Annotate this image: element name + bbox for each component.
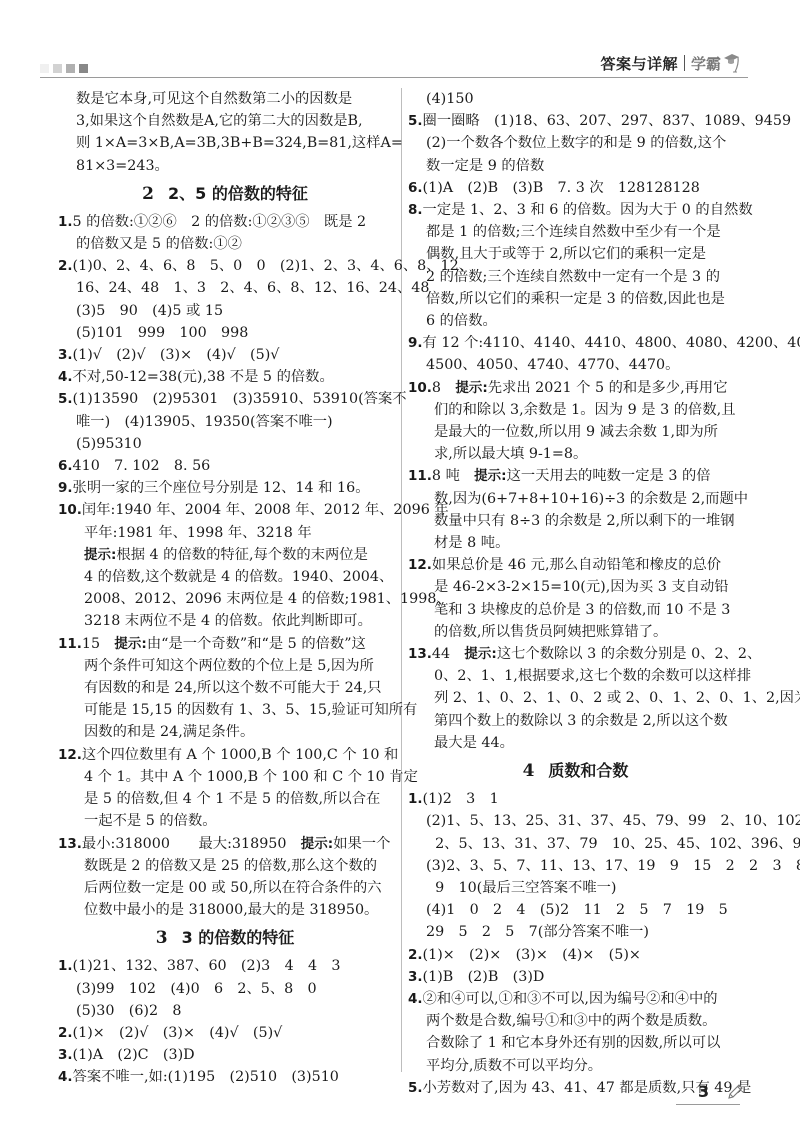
header-brand: 答案与详解 学霸 [600, 52, 740, 74]
hint-text: 第四个数上的数除以 3 的余数是 2,所以这个数 [408, 710, 743, 732]
question-number: 8. [408, 202, 423, 218]
answer-text: 都是 1 的倍数;三个连续自然数中至少有一个是 [408, 221, 743, 243]
question-number: 9. [58, 480, 73, 496]
answer-text: 笔和 3 块橡皮的总价是 3 的倍数,而 10 不是 3 [408, 599, 743, 621]
answer-text: 4 个 1。其中 A 个 1000,B 个 100 和 C 个 10 肯定 [58, 766, 392, 788]
answer-item: 1.(1)2 3 1 (2)1、5、13、25、31、37、45、79、99 2… [408, 788, 743, 943]
answer-text: 一定是 1、2、3 和 6 的倍数。因为大于 0 的自然数 [423, 202, 753, 218]
brand-name: 学霸 [691, 53, 721, 74]
answer-item: 10.闰年:1940 年、2004 年、2008 年、2012 年、2096 年… [58, 499, 392, 632]
question-number: 11. [58, 636, 82, 652]
page-footer: 3 [676, 1082, 754, 1108]
text-line: 则 1×A=3×B,A=3B,3B+B=324,B=81,这样A= [58, 132, 392, 154]
page-number: 3 [698, 1082, 709, 1101]
answer-text: 29 5 2 5 7(部分答案不唯一) [408, 921, 743, 943]
answer-item: 12.如果总价是 46 元,那么自动铅笔和橡皮的总价 是 46-2×3-2×15… [408, 554, 743, 643]
hint-text: 数既是 2 的倍数又是 25 的倍数,那么这个数的 [58, 855, 392, 877]
answer-text: 9 10(最后三空答案不唯一) [408, 877, 743, 899]
answer-text: (1)A (2)B (3)B 7. 3 次 128128128 [423, 180, 700, 196]
book-section-title: 答案与详解 [600, 53, 678, 74]
answer-text: 答案不唯一,如:(1)195 (2)510 (3)510 [73, 1069, 339, 1085]
answer-item: 5.(1)13590 (2)95301 (3)35910、53910(答案不 唯… [58, 388, 392, 455]
question-number: 13. [58, 836, 82, 852]
answer-text: (5)30 (6)2 8 [58, 1000, 392, 1022]
answer-text: (3)99 102 (4)0 6 2、5、8 0 [58, 978, 392, 1000]
answer-text: 偶数,且大于或等于 2,所以它们的乘积一定是 [408, 243, 743, 265]
hint-text: 数量中只有 8÷3 的余数是 2,所以剩下的一堆钢 [408, 510, 743, 532]
answer-item: 8.一定是 1、2、3 和 6 的倍数。因为大于 0 的自然数 都是 1 的倍数… [408, 199, 743, 332]
answer-text: (1)B (2)B (3)D [423, 969, 545, 985]
answer-item: 5.圈一圈略 (1)18、63、207、297、837、1089、9459 (2… [408, 110, 743, 177]
deco-square [53, 64, 62, 73]
graduation-cap-icon [722, 52, 740, 74]
right-column: (4)150 5.圈一圈略 (1)18、63、207、297、837、1089、… [408, 88, 743, 1099]
section-number: 3 [156, 928, 168, 948]
hint-text: 材是 8 吨。 [408, 532, 743, 554]
answer-text: 一起不是 5 的倍数。 [58, 810, 392, 832]
answer-text: 这个四位数里有 A 个 1000,B 个 100,C 个 10 和 [82, 747, 398, 763]
question-number: 2. [58, 258, 73, 274]
answer-item: 13.44 提示:这七个数除以 3 的余数分别是 0、2、2、 0、2、1、1,… [408, 643, 743, 754]
question-number: 12. [408, 557, 432, 573]
hint-text: 数,因为(6+7+8+10+16)÷3 的余数是 2,而题中 [408, 488, 743, 510]
hint-text: 最大是 44。 [408, 732, 743, 754]
question-number: 13. [408, 646, 432, 662]
answer-item: 3.(1)√ (2)√ (3)× (4)√ (5)√ [58, 344, 392, 366]
answer-text: (1)13590 (2)95301 (3)35910、53910(答案不 [73, 391, 407, 407]
answer-text: 张明一家的三个座位号分别是 12、14 和 16。 [73, 480, 370, 496]
answer-value: 15 [82, 636, 100, 652]
answer-text: 唯一) (4)13905、19350(答案不唯一) [58, 411, 392, 433]
question-number: 5. [58, 391, 73, 407]
hint-label: 提示: [464, 646, 496, 662]
answer-text: 6 的倍数。 [408, 310, 743, 332]
text-line: 数是它本身,可见这个自然数第二小的因数是 [58, 88, 392, 110]
section-number: 2 [142, 184, 154, 204]
hint-text: 列 2、1、0、2、1、0、2 或 2、0、1、2、0、1、2,因为排在 [408, 687, 743, 709]
answer-value: 8 吨 [432, 468, 460, 484]
answer-text: 不对,50-12=38(元),38 不是 5 的倍数。 [73, 369, 334, 385]
question-number: 3. [408, 969, 423, 985]
text-line: 3,如果这个自然数是A,它的第二大的因数是B, [58, 110, 392, 132]
answer-item: 12.这个四位数里有 A 个 1000,B 个 100,C 个 10 和 4 个… [58, 744, 392, 833]
question-number: 6. [408, 180, 423, 196]
question-number: 9. [408, 335, 423, 351]
question-number: 4. [58, 369, 73, 385]
section-heading-4: 4质数和合数 [408, 754, 743, 788]
deco-square [79, 64, 88, 73]
question-number: 4. [408, 991, 423, 1007]
hint-text: 根据 4 的倍数的特征,每个数的末两位是 [116, 547, 367, 563]
text-line: 81×3=243。 [58, 155, 392, 177]
answer-text: 是 5 的倍数,但 4 个 1 不是 5 的倍数,所以合在 [58, 788, 392, 810]
question-number: 2. [408, 947, 423, 963]
hint-text: 们的和除以 3,余数是 1。因为 9 是 3 的倍数,且 [408, 399, 743, 421]
section-title: 2、5 的倍数的特征 [168, 184, 308, 203]
section-heading-2: 22、5 的倍数的特征 [58, 177, 392, 211]
answer-text: 410 7. 102 8. 56 [73, 458, 211, 474]
answer-text: (5)95310 [58, 433, 392, 455]
hint-label: 提示: [84, 547, 116, 563]
column-divider [401, 88, 402, 1072]
header-decoration [40, 64, 88, 73]
answer-item: 1.(1)21、132、387、60 (2)3 4 4 3 (3)99 102 … [58, 955, 392, 1022]
answer-text: 是 46-2×3-2×15=10(元),因为买 3 支自动铅 [408, 576, 743, 598]
hint-text: 这一天用去的吨数一定是 3 的倍 [507, 468, 711, 484]
hint-text: 0、2、1、1,根据要求,这七个数的余数可以这样排 [408, 665, 743, 687]
answer-text: 平均分,质数不可以平均分。 [408, 1055, 743, 1077]
answer-item: 4.不对,50-12=38(元),38 不是 5 的倍数。 [58, 366, 392, 388]
hint-text: 求,所以最大填 9-1=8。 [408, 443, 743, 465]
hint-label: 提示: [114, 636, 146, 652]
answer-text: (1)√ (2)√ (3)× (4)√ (5)√ [73, 347, 280, 363]
answer-text: 2 的倍数;三个连续自然数中一定有一个是 3 的 [408, 266, 743, 288]
hint-text: 如果一个 [333, 836, 390, 852]
question-number: 3. [58, 347, 73, 363]
answer-item: 13.最小:318000 最大:318950 提示:如果一个 数既是 2 的倍数… [58, 833, 392, 922]
question-number: 2. [58, 1025, 73, 1041]
answer-text: (5)101 999 100 998 [58, 322, 392, 344]
answer-item: 6.410 7. 102 8. 56 [58, 455, 392, 477]
answer-item: 2.(1)× (2)× (3)× (4)× (5)× [408, 944, 743, 966]
answer-text: (2)一个数各个数位上数字的和是 9 的倍数,这个 [408, 132, 743, 154]
section-number: 4 [523, 761, 535, 781]
answer-text: 倍数,所以它们的乘积一定是 3 的倍数,因此也是 [408, 288, 743, 310]
hint-text: 因数的和是 24,满足条件。 [58, 721, 392, 743]
section-heading-3: 33 的倍数的特征 [58, 921, 392, 955]
hint-text: 4 的倍数,这个数就是 4 的倍数。1940、2004、 [58, 566, 392, 588]
answer-text: (2)1、5、13、25、31、37、45、79、99 2、10、102、396 [408, 810, 743, 832]
hint-text: 两个条件可知这个两位数的个位上是 5,因为所 [58, 655, 392, 677]
answer-text: (4)150 [408, 88, 743, 110]
answer-item: 11.15 提示:由“是一个奇数”和“是 5 的倍数”这 两个条件可知这个两位数… [58, 633, 392, 744]
deco-square [40, 64, 49, 73]
question-number: 1. [58, 214, 73, 230]
answer-item: 2.(1)0、2、4、6、8 5、0 0 (2)1、2、3、4、6、8、12、 … [58, 255, 392, 344]
answer-text: (1)A (2)C (3)D [73, 1047, 195, 1063]
hint-text: 是最大的一位数,所以用 9 减去余数 1,即为所 [408, 421, 743, 443]
hint-text: 由“是一个奇数”和“是 5 的倍数”这 [147, 636, 366, 652]
header-rule [40, 77, 748, 78]
question-number: 1. [408, 791, 423, 807]
answer-text: (1)2 3 1 [423, 791, 499, 807]
intro-continuation: 数是它本身,可见这个自然数第二小的因数是 3,如果这个自然数是A,它的第二大的因… [58, 88, 392, 177]
answer-item: 11.8 吨 提示:这一天用去的吨数一定是 3 的倍 数,因为(6+7+8+10… [408, 465, 743, 554]
question-number: 5. [408, 1080, 423, 1096]
hint-text: 2008、2012、2096 末两位是 4 的倍数;1981、1998、 [58, 588, 392, 610]
answer-value: 8 [432, 380, 441, 396]
hint-label: 提示: [455, 380, 487, 396]
answer-item: 9.张明一家的三个座位号分别是 12、14 和 16。 [58, 477, 392, 499]
answer-text: 2、5、13、31、37、79 10、25、45、102、396、99 [408, 833, 743, 855]
answer-text: 的倍数又是 5 的倍数:①② [58, 233, 392, 255]
answer-text: 圈一圈略 (1)18、63、207、297、837、1089、9459 [423, 113, 792, 129]
answer-text: 4500、4050、4740、4770、4470。 [408, 354, 743, 376]
hint-label: 提示: [301, 836, 333, 852]
answer-text: (3)5 90 (4)5 或 15 [58, 300, 392, 322]
question-number: 3. [58, 1047, 73, 1063]
hint-text: 这七个数除以 3 的余数分别是 0、2、2、 [497, 646, 761, 662]
answer-text: 平年:1981 年、1998 年、3218 年 [58, 522, 392, 544]
hint-text: 后两位数一定是 00 或 50,所以在符合条件的六 [58, 877, 392, 899]
section-title: 3 的倍数的特征 [182, 928, 295, 947]
brand-separator [684, 55, 685, 71]
answer-text: ②和④可以,①和③不可以,因为编号②和④中的 [423, 991, 718, 1007]
answer-text: (3)2、3、5、7、11、13、17、19 9 15 2 2 3 8 [408, 855, 743, 877]
answer-item: 4.答案不唯一,如:(1)195 (2)510 (3)510 [58, 1066, 392, 1088]
question-number: 10. [408, 380, 432, 396]
left-column: 数是它本身,可见这个自然数第二小的因数是 3,如果这个自然数是A,它的第二大的因… [58, 88, 392, 1089]
answer-value: 最小:318000 最大:318950 [82, 836, 287, 852]
answer-text: 有 12 个:4110、4140、4410、4800、4080、4200、402… [423, 335, 800, 351]
deco-square [66, 64, 75, 73]
answer-item: 3.(1)A (2)C (3)D [58, 1044, 392, 1066]
answer-item: 10.8 提示:先求出 2021 个 5 的和是多少,再用它 们的和除以 3,余… [408, 377, 743, 466]
answer-text: 16、24、48 1、3 2、4、6、8、12、16、24、48 [58, 277, 392, 299]
answer-text: (1)× (2)√ (3)× (4)√ (5)√ [73, 1025, 283, 1041]
answer-item: 6.(1)A (2)B (3)B 7. 3 次 128128128 [408, 177, 743, 199]
answer-text: 闰年:1940 年、2004 年、2008 年、2012 年、2096 年 [82, 502, 449, 518]
answer-item: 9.有 12 个:4110、4140、4410、4800、4080、4200、4… [408, 332, 743, 376]
hint-text: 3218 末两位不是 4 的倍数。依此判断即可。 [58, 610, 392, 632]
answer-text: 合数除了 1 和它本身外还有别的因数,所以可以 [408, 1032, 743, 1054]
question-number: 10. [58, 502, 82, 518]
pencil-icon [726, 1083, 744, 1101]
answer-text: 的倍数,所以售货员阿姨把账算错了。 [408, 621, 743, 643]
answer-text: 两个数是合数,编号①和③中的两个数是质数。 [408, 1010, 743, 1032]
answer-item: 4.②和④可以,①和③不可以,因为编号②和④中的 两个数是合数,编号①和③中的两… [408, 988, 743, 1077]
question-number: 6. [58, 458, 73, 474]
section-title: 质数和合数 [548, 761, 628, 780]
hint-text: 位数中最小的是 318000,最大的是 318950。 [58, 899, 392, 921]
answer-item: 3.(1)B (2)B (3)D [408, 966, 743, 988]
answer-text: 数一定是 9 的倍数 [408, 155, 743, 177]
answer-text: (1)21、132、387、60 (2)3 4 4 3 [73, 958, 341, 974]
hint-text: 有因数的和是 24,所以这个数不可能大于 24,只 [58, 677, 392, 699]
hint-text: 可能是 15,15 的因数有 1、3、5、15,验证可知所有 [58, 699, 392, 721]
footer-rule [676, 1104, 740, 1105]
answer-item: 1.5 的倍数:①②⑥ 2 的倍数:①②③⑤ 既是 2 的倍数又是 5 的倍数:… [58, 211, 392, 255]
hint-text: 先求出 2021 个 5 的和是多少,再用它 [488, 380, 728, 396]
answer-text: 如果总价是 46 元,那么自动铅笔和橡皮的总价 [432, 557, 721, 573]
question-number: 1. [58, 958, 73, 974]
question-number: 5. [408, 113, 423, 129]
page-header: 答案与详解 学霸 [40, 50, 750, 80]
answer-text: (4)1 0 2 4 (5)2 11 2 5 7 19 5 [408, 899, 743, 921]
hint-label: 提示: [474, 468, 506, 484]
question-number: 4. [58, 1069, 73, 1085]
answer-text: (1)× (2)× (3)× (4)× (5)× [423, 947, 641, 963]
answer-item: 2.(1)× (2)√ (3)× (4)√ (5)√ [58, 1022, 392, 1044]
question-number: 11. [408, 468, 432, 484]
question-number: 12. [58, 747, 82, 763]
answer-value: 44 [432, 646, 450, 662]
answer-text: 5 的倍数:①②⑥ 2 的倍数:①②③⑤ 既是 2 [73, 214, 367, 230]
